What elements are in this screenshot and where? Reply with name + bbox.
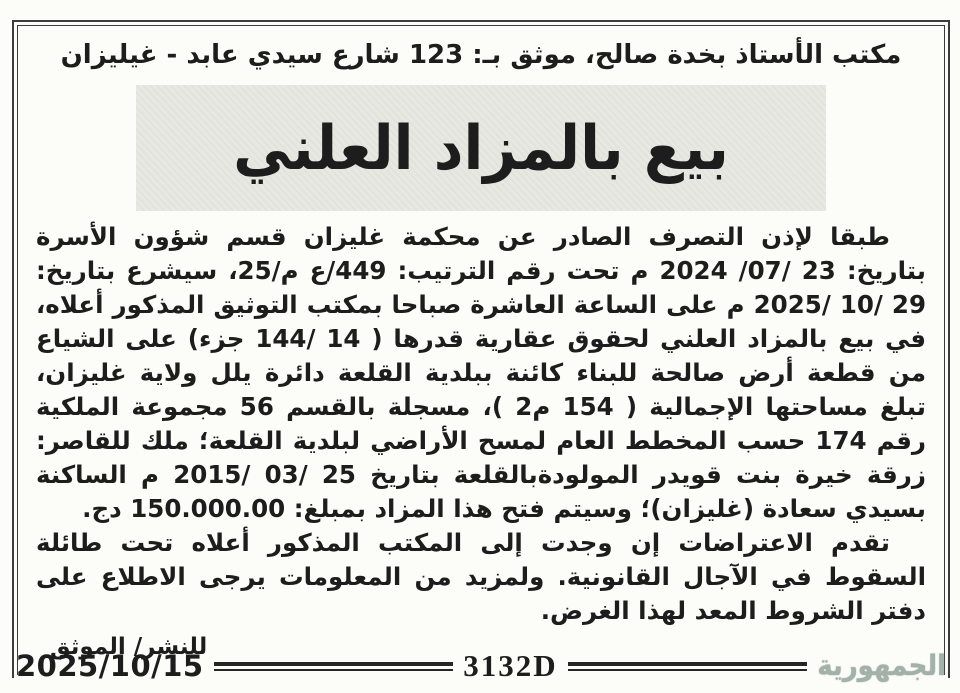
office-header: مكتب الأستاذ بخدة صالح، موثق بـ: 123 شار… bbox=[34, 34, 928, 70]
bottom-bar: 2025/10/15 3132D الجمهورية bbox=[16, 646, 946, 686]
bottom-rule-left-divider bbox=[214, 662, 454, 671]
ad-frame: مكتب الأستاذ بخدة صالح، موثق بـ: 123 شار… bbox=[12, 20, 950, 678]
ad-reference-code: 3132D bbox=[463, 648, 557, 684]
newspaper-logo: الجمهورية bbox=[817, 650, 946, 683]
notice-paragraph-2: تقدم الاعتراضات إن وجدت إلى المكتب المذك… bbox=[36, 526, 926, 628]
publication-date: 2025/10/15 bbox=[16, 649, 204, 683]
bottom-rule-right-divider bbox=[568, 662, 808, 671]
page: { "notice": { "office_header": "مكتب الأ… bbox=[0, 0, 960, 693]
notice-paragraph-1: طبقا لإذن التصرف الصادر عن محكمة غليزان … bbox=[36, 220, 926, 526]
auction-title: بيع بالمزاد العلني bbox=[233, 112, 729, 184]
auction-title-box: بيع بالمزاد العلني bbox=[136, 85, 826, 211]
ad-frame-inner: مكتب الأستاذ بخدة صالح، موثق بـ: 123 شار… bbox=[17, 25, 945, 675]
